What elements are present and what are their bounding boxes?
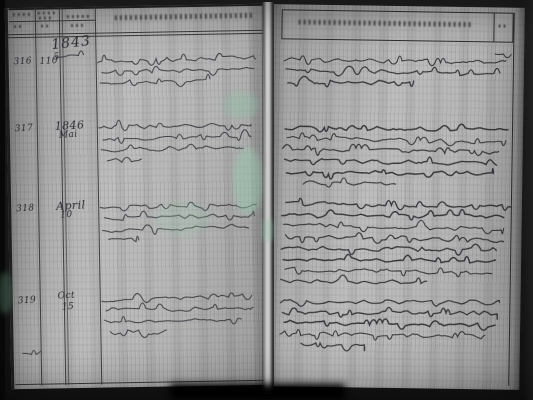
header-cell3-print <box>67 15 89 18</box>
header-cell2-print3 <box>41 24 50 27</box>
ledger-entry: 3161105 <box>6 51 264 56</box>
ledger-entry: 319Oct15 <box>10 290 268 295</box>
left-page: 1843 31611053171846Mai318April10319Oct15 <box>5 4 270 389</box>
right-page-printed-title <box>299 20 471 28</box>
entry-number: 319 <box>18 295 37 306</box>
handwriting-line <box>109 233 141 253</box>
header-cell1-print2 <box>14 25 24 28</box>
handwriting-line <box>55 49 85 69</box>
entry-number: 316 <box>13 56 32 67</box>
right-page-header-box <box>281 9 513 42</box>
right-page <box>266 4 525 390</box>
header-cell3-print2 <box>71 24 83 27</box>
handwriting-line <box>495 47 513 66</box>
handwriting-line <box>100 74 212 95</box>
entry-date: Oct <box>57 291 75 302</box>
header-box-corner-print <box>499 25 509 28</box>
ledger-entry: 3171846Mai <box>7 118 265 123</box>
register-photo: 1843 31611053171846Mai318April10319Oct15 <box>0 0 533 400</box>
entry-number: 318 <box>16 203 35 214</box>
ledger-book: 1843 31611053171846Mai318April10319Oct15 <box>0 0 533 400</box>
register-paragraph <box>269 196 522 200</box>
handwriting-line <box>301 338 367 358</box>
handwriting-line <box>288 74 416 95</box>
handwriting-line <box>23 346 43 365</box>
header-cell1-print <box>13 13 30 16</box>
ledger-entry: 318April10 <box>8 198 266 203</box>
entry-date: 10 <box>60 210 73 221</box>
book-gutter <box>262 2 274 394</box>
handwriting-line <box>107 153 143 173</box>
handwriting-line <box>110 324 168 344</box>
handwriting-line <box>281 273 429 294</box>
entry-number: 317 <box>15 123 34 134</box>
register-paragraph <box>270 120 523 124</box>
left-page-printed-title <box>115 13 253 20</box>
header-cell2-print <box>38 11 56 14</box>
entry-date: Mai <box>59 130 78 141</box>
book-bottom-shadow <box>170 384 345 400</box>
header-inner-rule <box>9 20 95 23</box>
header-box-divider <box>493 13 494 41</box>
handwriting-line <box>303 176 397 196</box>
register-paragraph <box>271 52 524 56</box>
entry-date: 15 <box>62 302 75 313</box>
left-page-top-border <box>9 4 263 10</box>
header-cell2-print2 <box>39 16 54 19</box>
